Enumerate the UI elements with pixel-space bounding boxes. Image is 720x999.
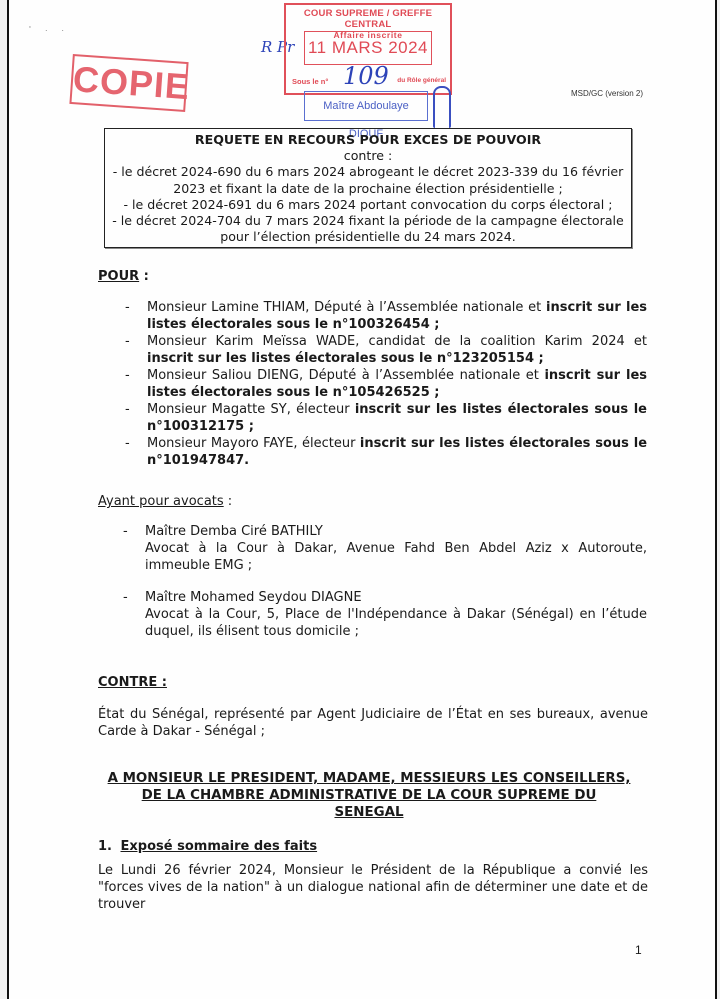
contre-text: État du Sénégal, représenté par Agent Ju… — [98, 706, 648, 740]
title-contre: contre : — [105, 148, 631, 164]
title-line: 2023 et fixant la date de la prochaine é… — [105, 181, 631, 197]
lawyer-name: Maître Mohamed Seydou DIAGNE — [145, 589, 647, 606]
title-line: - le décret 2024-691 du 6 mars 2024 port… — [105, 197, 631, 213]
title-line: - le décret 2024-704 du 7 mars 2024 fixa… — [105, 213, 631, 229]
party-description: Monsieur Karim Meïssa WADE, candidat de … — [147, 334, 647, 349]
contre-heading: CONTRE : — [98, 675, 167, 690]
signature-mark — [433, 86, 451, 128]
party-registration: inscrit sur les listes électorales sous … — [147, 351, 544, 366]
section1-text: Le Lundi 26 février 2024, Monsieur le Pr… — [98, 862, 648, 913]
scan-specks: ' . . — [29, 25, 70, 33]
lawyer-address: Avocat à la Cour, 5, Place de l'Indépend… — [145, 606, 647, 640]
lawyer-item: Maître Mohamed Seydou DIAGNE Avocat à la… — [145, 589, 647, 640]
section1-heading-row: 1. Exposé sommaire des faits — [98, 839, 317, 854]
party-item: Monsieur Karim Meïssa WADE, candidat de … — [147, 333, 647, 367]
handwritten-case-number: 109 — [343, 62, 389, 90]
party-item: Monsieur Saliou DIENG, Député à l’Assemb… — [147, 367, 647, 401]
party-description: Monsieur Mayoro FAYE, électeur — [147, 436, 360, 451]
version-label: MSD/GC (version 2) — [571, 89, 643, 98]
document-title: REQUETE EN RECOURS POUR EXCES DE POUVOIR — [105, 132, 631, 148]
title-line: - le décret 2024-690 du 6 mars 2024 abro… — [105, 164, 631, 180]
party-item: Monsieur Mayoro FAYE, électeur inscrit s… — [147, 435, 647, 469]
party-list: Monsieur Lamine THIAM, Député à l’Assemb… — [147, 299, 647, 469]
address-title-line: DE LA CHAMBRE ADMINISTRATIVE DE LA COUR … — [105, 787, 633, 821]
pour-colon: : — [139, 269, 149, 284]
copie-stamp: COPIE — [69, 54, 188, 112]
avocats-heading-row: Ayant pour avocats : — [98, 493, 232, 510]
address-title-line: A MONSIEUR LE PRESIDENT, MADAME, MESSIEU… — [105, 770, 633, 787]
lawyer-address: Avocat à la Cour à Dakar, Avenue Fahd Be… — [145, 540, 647, 574]
stamp-date: 11 MARS 2024 — [304, 31, 432, 65]
page-number: 1 — [635, 943, 642, 957]
section1-heading: Exposé sommaire des faits — [121, 839, 318, 854]
avocats-colon: : — [224, 494, 233, 509]
pour-heading: POUR — [98, 269, 139, 284]
lawyer-name: Maître Demba Ciré BATHILY — [145, 523, 647, 540]
party-description: Monsieur Saliou DIENG, Député à l’Assemb… — [147, 368, 544, 383]
lawyer-stamp: Maître Abdoulaye DIOUF — [304, 91, 428, 121]
address-title: A MONSIEUR LE PRESIDENT, MADAME, MESSIEU… — [105, 770, 633, 821]
stamp-court-name: COUR SUPREME / GREFFE CENTRAL — [286, 8, 450, 30]
pour-heading-row: POUR : — [98, 265, 149, 284]
avocats-heading: Ayant pour avocats — [98, 494, 224, 509]
document-page: ' . . COPIE R Pr COUR SUPREME / GREFFE C… — [7, 0, 717, 999]
party-description: Monsieur Magatte SY, électeur — [147, 402, 355, 417]
party-description: Monsieur Lamine THIAM, Député à l’Assemb… — [147, 300, 546, 315]
stamp-role-general: du Rôle général — [397, 77, 446, 84]
lawyer-item: Maître Demba Ciré BATHILY Avocat à la Co… — [145, 523, 647, 574]
party-item: Monsieur Magatte SY, électeur inscrit su… — [147, 401, 647, 435]
lawyer-list: Maître Demba Ciré BATHILY Avocat à la Co… — [145, 523, 647, 655]
stamp-sous-le-n: Sous le n° — [292, 77, 328, 86]
party-item: Monsieur Lamine THIAM, Député à l’Assemb… — [147, 299, 647, 333]
title-box: REQUETE EN RECOURS POUR EXCES DE POUVOIR… — [104, 128, 632, 248]
section1-number: 1. — [98, 839, 112, 854]
title-line: pour l’élection présidentielle du 24 mar… — [105, 229, 631, 245]
